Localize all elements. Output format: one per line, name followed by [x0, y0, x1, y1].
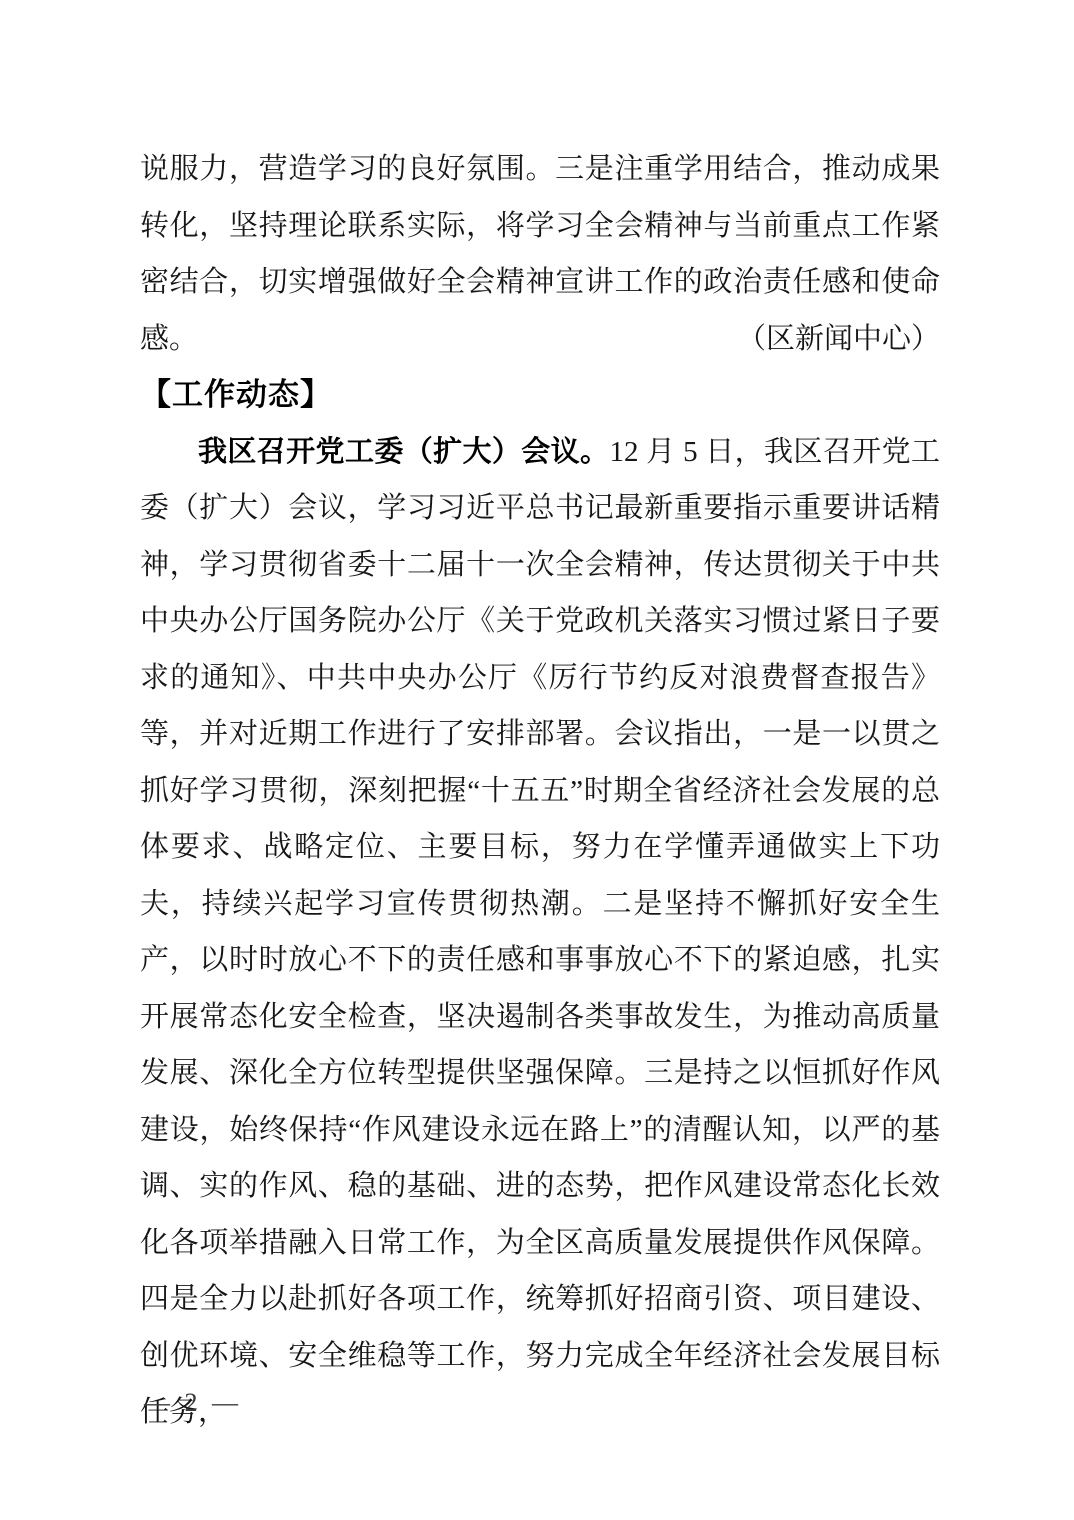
article-paragraph: 我区召开党工委（扩大）会议。12 月 5 日，我区召开党工委（扩大）会议，学习习… — [140, 424, 940, 1441]
article-body-text: 12 月 5 日，我区召开党工委（扩大）会议，学习习近平总书记最新重要指示重要讲… — [140, 436, 940, 1429]
paragraph-continuation: 说服力，营造学习的良好氛围。三是注重学用结合，推动成果转化，坚持理论联系实际，将… — [140, 141, 940, 367]
article-title-lead: 我区召开党工委（扩大）会议。 — [198, 436, 609, 468]
page-body: 说服力，营造学习的良好氛围。三是注重学用结合，推动成果转化，坚持理论联系实际，将… — [140, 141, 940, 1441]
document-page: 说服力，营造学习的良好氛围。三是注重学用结合，推动成果转化，坚持理论联系实际，将… — [0, 0, 1074, 1520]
page-number: — 2 — — [144, 1388, 242, 1418]
attribution-source: （区新闻中心） — [737, 311, 940, 368]
section-heading: 【工作动态】 — [140, 367, 940, 424]
